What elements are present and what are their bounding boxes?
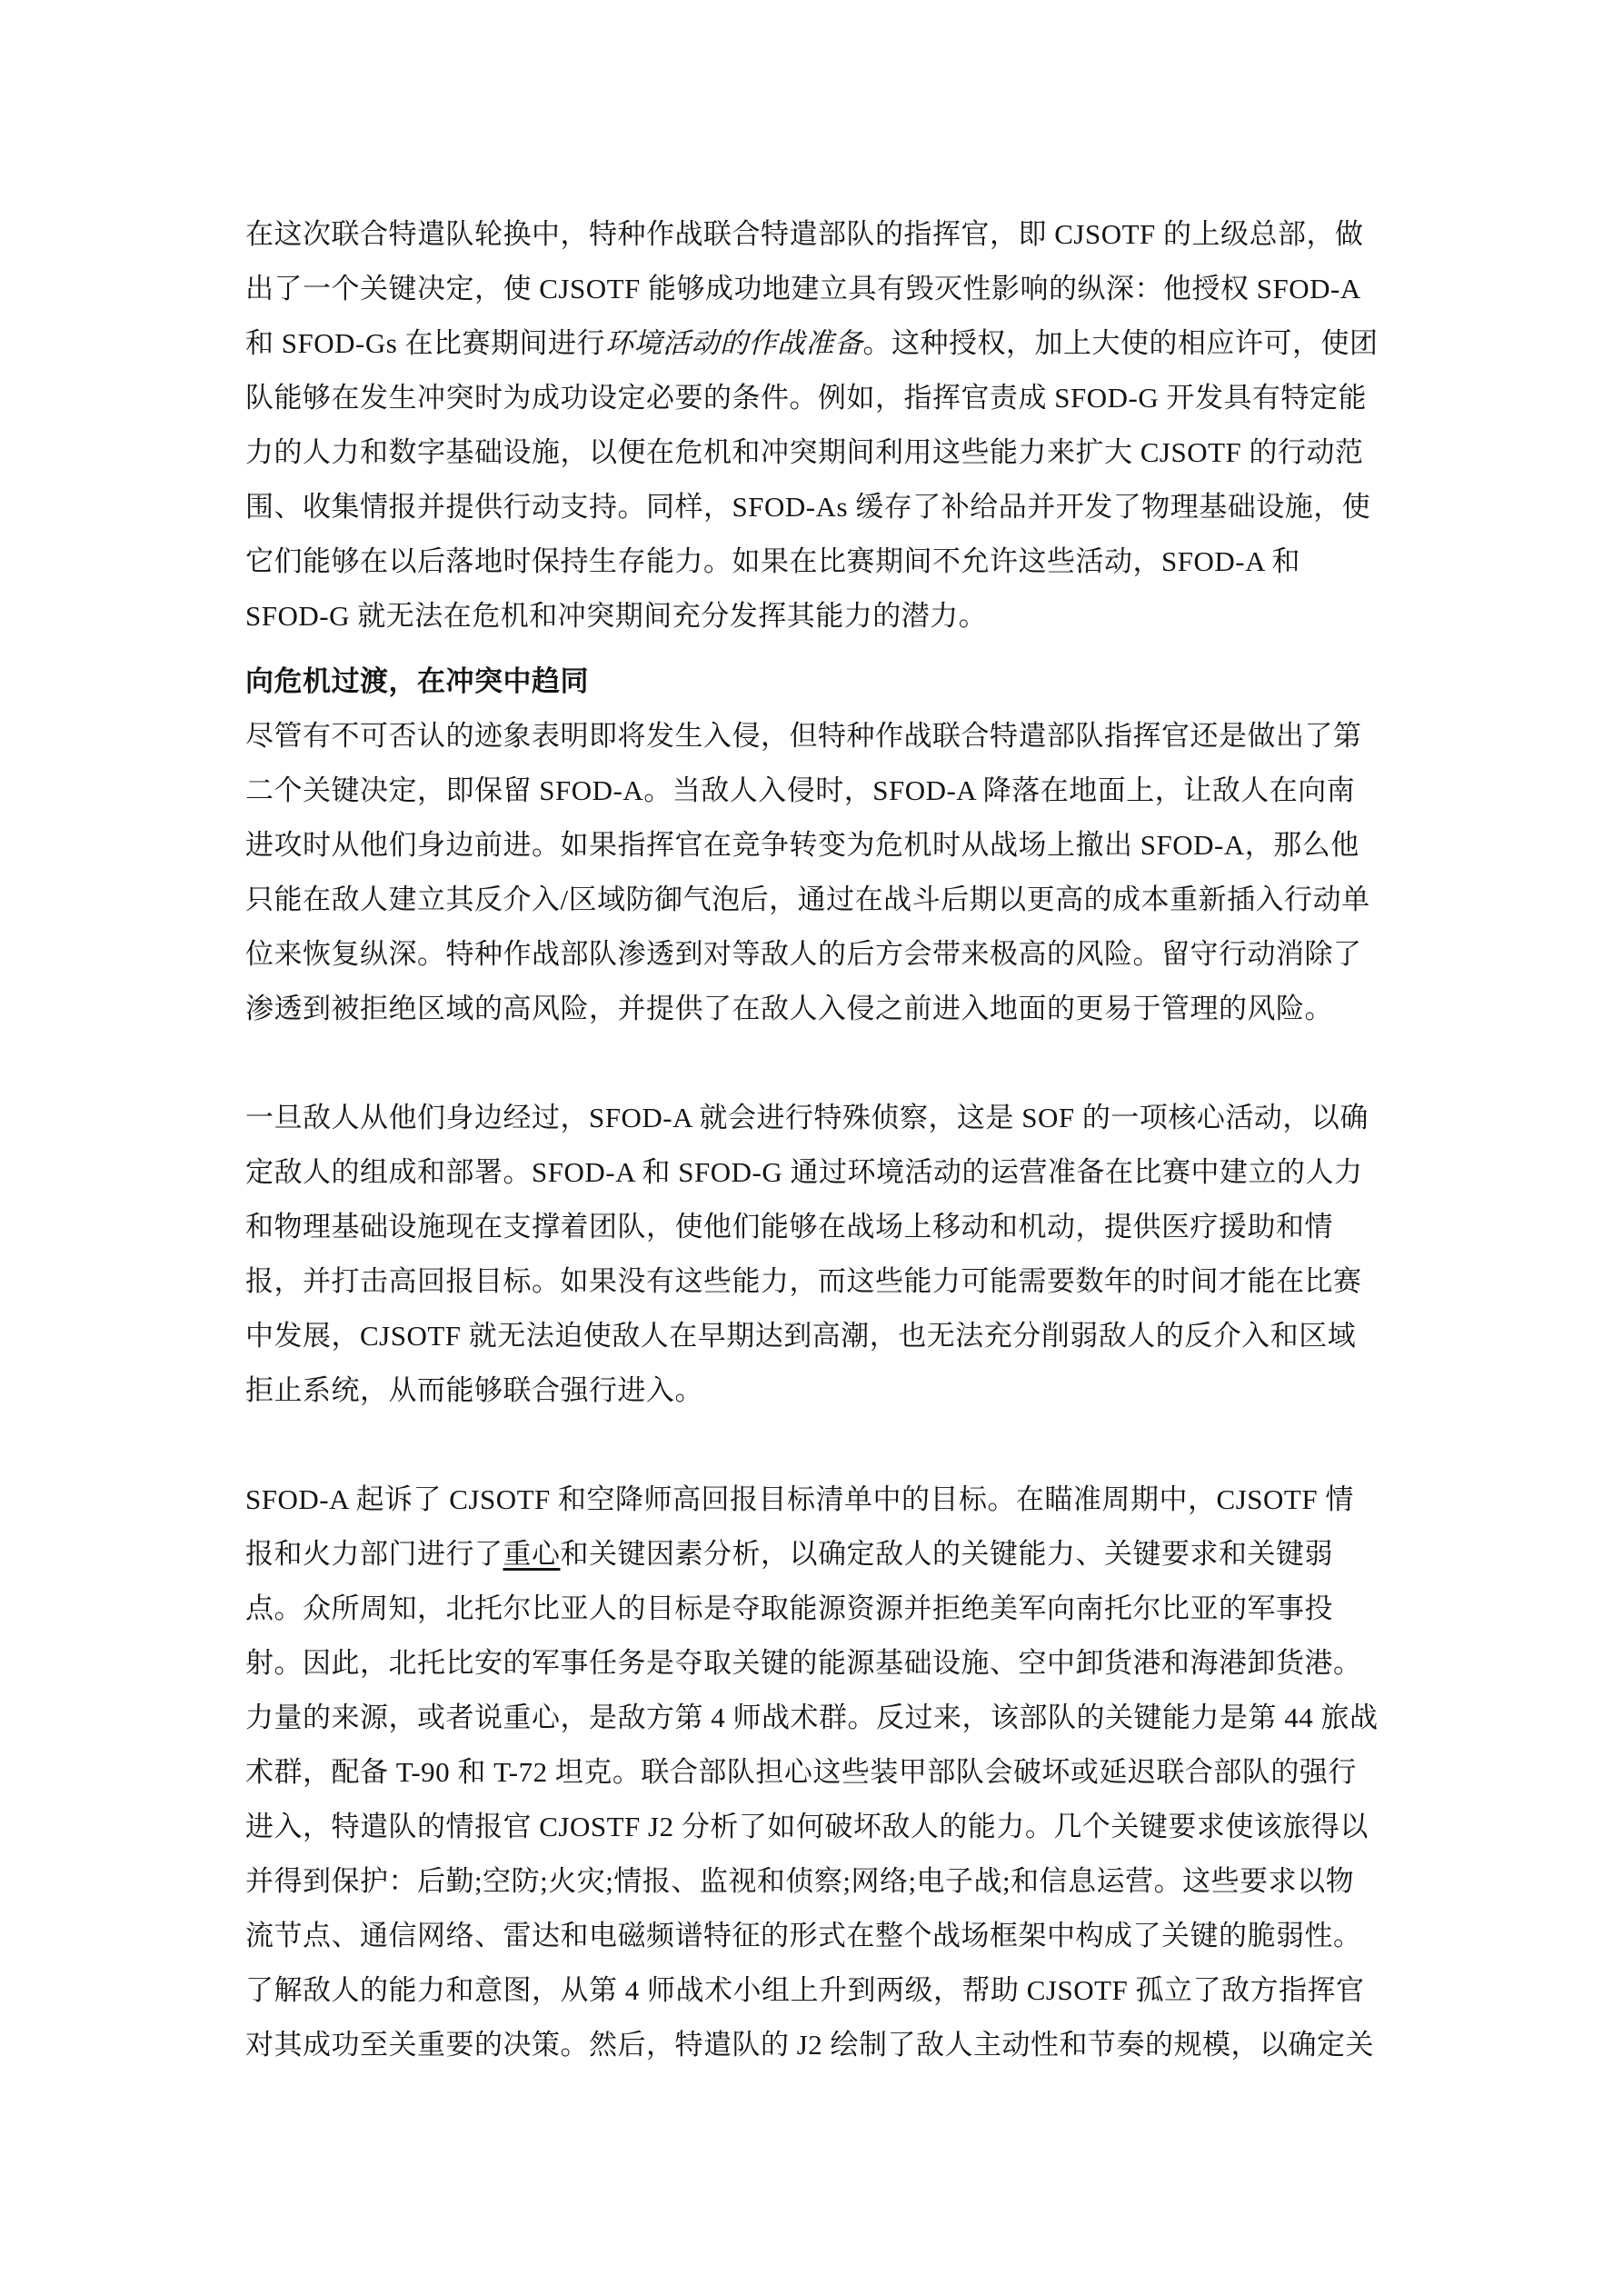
section-heading-transition-to-crisis: 向危机过渡，在冲突中趋同: [245, 654, 1379, 709]
document-content: 在这次联合特遣队轮换中，特种作战联合特遣部队的指挥官，即 CJSOTF 的上级总…: [245, 207, 1379, 2072]
paragraph-targeting-cycle: SFOD-A 起诉了 CJSOTF 和空降师高回报目标清单中的目标。在瞄准周期中…: [245, 1472, 1379, 1963]
paragraph-rotation-decision: 在这次联合特遣队轮换中，特种作战联合特遣部队的指挥官，即 CJSOTF 的上级总…: [245, 207, 1379, 644]
paragraph-text: 和关键因素分析，以确定敌人的关键能力、关键要求和关键弱点。众所周知，北托尔比亚人…: [245, 1538, 1379, 1952]
italic-phrase-operational-preparation: 环境活动的作战准备: [605, 327, 863, 359]
underlined-phrase-center-of-gravity: 重心: [503, 1538, 561, 1570]
paragraph-second-decision: 尽管有不可否认的迹象表明即将发生入侵，但特种作战联合特遣部队指挥官还是做出了第二…: [245, 709, 1379, 1036]
paragraph-enemy-capabilities: 了解敌人的能力和意图，从第 4 师战术小组上升到两级，帮助 CJSOTF 孤立了…: [245, 1963, 1379, 2072]
paragraph-text: 。这种授权，加上大使的相应许可，使团队能够在发生冲突时为成功设定必要的条件。例如…: [245, 327, 1379, 632]
document-page: 在这次联合特遣队轮换中，特种作战联合特遣部队的指挥官，即 CJSOTF 的上级总…: [0, 0, 1623, 2296]
paragraph-special-reconnaissance: 一旦敌人从他们身边经过，SFOD-A 就会进行特殊侦察，这是 SOF 的一项核心…: [245, 1091, 1379, 1418]
